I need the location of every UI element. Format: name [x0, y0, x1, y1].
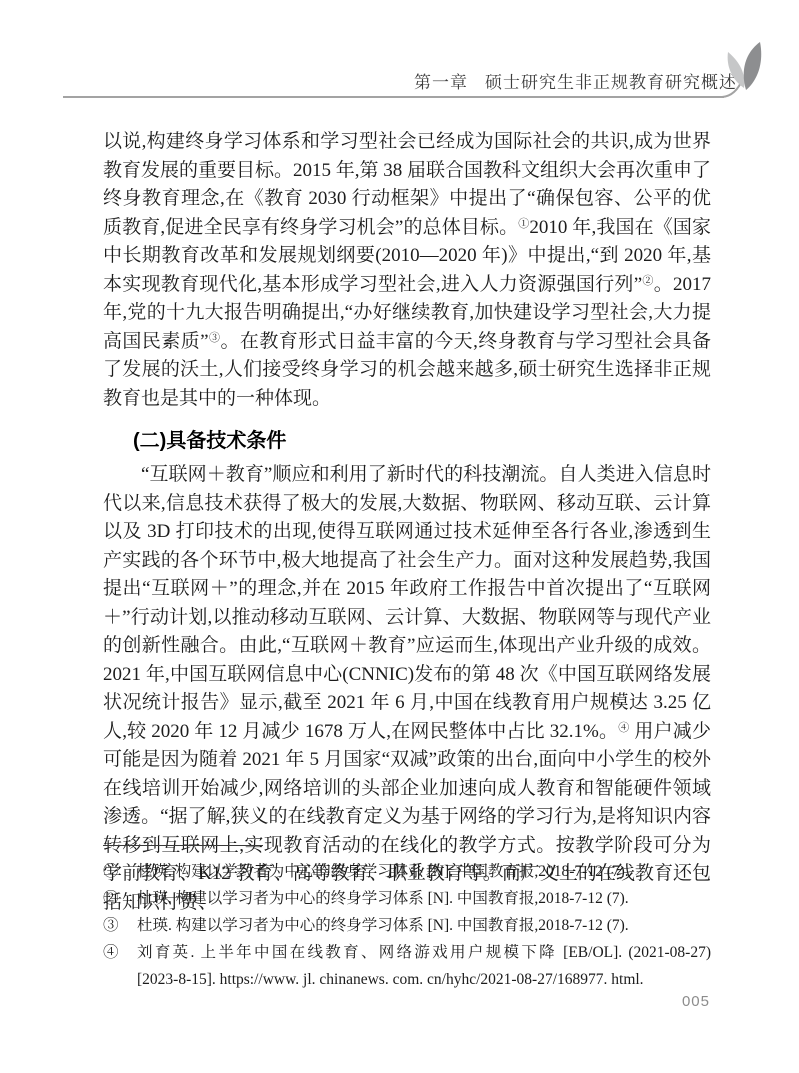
footnote-4-text-line1: 刘育英. 上半年中国在线教育、网络游戏用户规模下降 [EB/OL]. (2021…	[137, 939, 711, 966]
body-text: 以说,构建终身学习体系和学习型社会已经成为国际社会的共识,成为世界教育发展的重要…	[103, 128, 711, 917]
chapter-title: 硕士研究生非正规教育研究概述	[485, 73, 737, 92]
footnote-1-marker: ①	[103, 858, 137, 885]
book-page: 第一章硕士研究生非正规教育研究概述 以说,构建终身学习体系和学习型社会已经成为国…	[0, 0, 799, 1073]
footnote-4-marker: ④	[103, 939, 137, 966]
footnote-2-text: 杜瑛. 构建以学习者为中心的终身学习体系 [N]. 中国教育报,2018-7-1…	[137, 890, 629, 907]
footnote-4: ④ 刘育英. 上半年中国在线教育、网络游戏用户规模下降 [EB/OL]. (20…	[103, 939, 711, 993]
footnote-ref-4: ④	[618, 721, 629, 733]
header-rule	[63, 96, 724, 98]
footnote-1-text: 杜瑛. 构建以学习者为中心的终身学习体系 [N]. 中国教育报,2018-7-1…	[137, 863, 629, 880]
page-number: 005	[682, 993, 710, 1010]
footnote-2: ② 杜瑛. 构建以学习者为中心的终身学习体系 [N]. 中国教育报,2018-7…	[103, 885, 711, 912]
chapter-label: 第一章	[414, 73, 468, 92]
footnote-2-marker: ②	[103, 885, 137, 912]
footnote-4-text-line2: [2023-8-15]. https://www. jl. chinanews.…	[137, 966, 711, 993]
footnote-3-marker: ③	[103, 912, 137, 939]
sprout-leaves-icon	[722, 42, 782, 102]
para2-text-a: “互联网＋教育”顺应和利用了新时代的科技潮流。自人类进入信息时代以来,信息技术获…	[103, 464, 711, 742]
footnote-3: ③ 杜瑛. 构建以学习者为中心的终身学习体系 [N]. 中国教育报,2018-7…	[103, 912, 711, 939]
footnote-3-text: 杜瑛. 构建以学习者为中心的终身学习体系 [N]. 中国教育报,2018-7-1…	[137, 917, 629, 934]
footnote-ref-2: ②	[642, 274, 654, 286]
paragraph-1: 以说,构建终身学习体系和学习型社会已经成为国际社会的共识,成为世界教育发展的重要…	[103, 128, 711, 413]
footnote-ref-1: ①	[518, 217, 529, 229]
footnotes: ① 杜瑛. 构建以学习者为中心的终身学习体系 [N]. 中国教育报,2018-7…	[103, 858, 711, 993]
footnote-ref-3: ③	[209, 331, 221, 343]
footnote-1: ① 杜瑛. 构建以学习者为中心的终身学习体系 [N]. 中国教育报,2018-7…	[103, 858, 711, 885]
section-heading: (二)具备技术条件	[103, 427, 711, 455]
paragraph-2: “互联网＋教育”顺应和利用了新时代的科技潮流。自人类进入信息时代以来,信息技术获…	[103, 461, 711, 917]
running-head: 第一章硕士研究生非正规教育研究概述	[414, 68, 737, 93]
footnote-separator	[103, 845, 263, 846]
